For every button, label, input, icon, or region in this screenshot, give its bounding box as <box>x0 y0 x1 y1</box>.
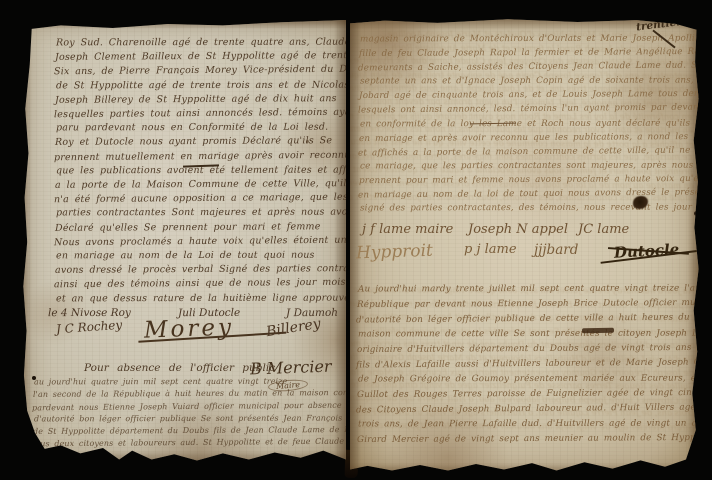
manuscript-line: tous deux citoyens et laboureurs aud. St… <box>32 436 344 451</box>
manuscript-line: parties contractantes Sont majeures et a… <box>56 206 342 221</box>
absence-note: Pour absence de l'officier public <box>84 362 275 374</box>
manuscript-line: Roy Sud. Charenoille agé de trente quatr… <box>56 36 342 51</box>
manuscript-line: ce mariage, que les parties contractante… <box>360 158 698 173</box>
ink-speck <box>306 140 309 143</box>
right-act-text: magasin originaire de Montéchiroux d'Our… <box>358 32 698 215</box>
signature-lame-maire: j f lame maire <box>362 222 453 237</box>
signature-morey: Morey <box>144 314 235 343</box>
signature-row-1: j f lame maire Joseph N appel JC lame <box>350 222 700 242</box>
signature-hypproit: Hypproit <box>356 241 433 264</box>
manuscript-line: en mariage au nom de la Loi de tout quoi… <box>56 249 342 264</box>
manuscript-line: et an que dessus rature de la huitième l… <box>56 291 342 306</box>
manuscript-line: Six ans, de Pierre François Morey Vice-p… <box>54 63 342 80</box>
left-act-text: Roy Sud. Charenoille agé de trente quatr… <box>54 36 342 306</box>
right-page: magasin originaire de Montéchiroux d'Our… <box>350 16 700 476</box>
signature-dutocle: Dutocle <box>614 240 680 261</box>
manuscript-line: de Joseph Grégoire de Goumoy présentemen… <box>358 372 698 388</box>
signature-rochey: J C Rochey <box>56 318 123 337</box>
manuscript-line: maison commune de cette ville Se sont pr… <box>358 327 698 343</box>
manuscript-line: en conformité de la loy les Lame et Roch… <box>360 116 698 131</box>
manuscript-line: trois ans, de Jean Pierre Lafaille dud. … <box>358 417 698 433</box>
manuscript-line: Girard Mercier agé de vingt sept ans meu… <box>357 431 698 448</box>
signature-jc-lame: JC lame <box>578 222 629 237</box>
ink-speck <box>694 211 699 216</box>
manuscript-line: Roy et Dutocle nous ayant promis Déclaré… <box>55 135 342 151</box>
left-page: Roy Sud. Charenoille agé de trente quatr… <box>22 20 346 464</box>
signature-joseph-appel: Joseph N appel <box>468 222 568 237</box>
signature-mercier: B Mercier <box>250 357 332 379</box>
manuscript-line: prennent mutuellement en mariage après a… <box>54 148 342 165</box>
manuscript-line: ainsi que des témoins ainsi que de nous … <box>54 276 342 293</box>
inked-out-word <box>582 328 614 334</box>
manuscript-line: de St Hyppolitte agé de trente trois ans… <box>56 78 342 93</box>
ink-speck <box>32 376 36 380</box>
manuscript-line: Au jourd'hui mardy trente juillet mil se… <box>358 282 698 298</box>
signature-row-2: Hypproit p j lame jjjbard Dutocle <box>350 242 700 268</box>
signature-pj-lame: p j lame <box>464 242 517 257</box>
manuscript-line: lesquels ont ainsi annoncé, lesd. témoin… <box>358 101 698 118</box>
signature-billerey: Billerey <box>265 316 322 340</box>
signature-jjjbard: jjjbard <box>534 242 578 258</box>
manuscript-scan: Roy Sud. Charenoille agé de trente quatr… <box>0 0 712 480</box>
right-second-act-text: Au jourd'hui mardy trente juillet mil se… <box>356 282 698 447</box>
